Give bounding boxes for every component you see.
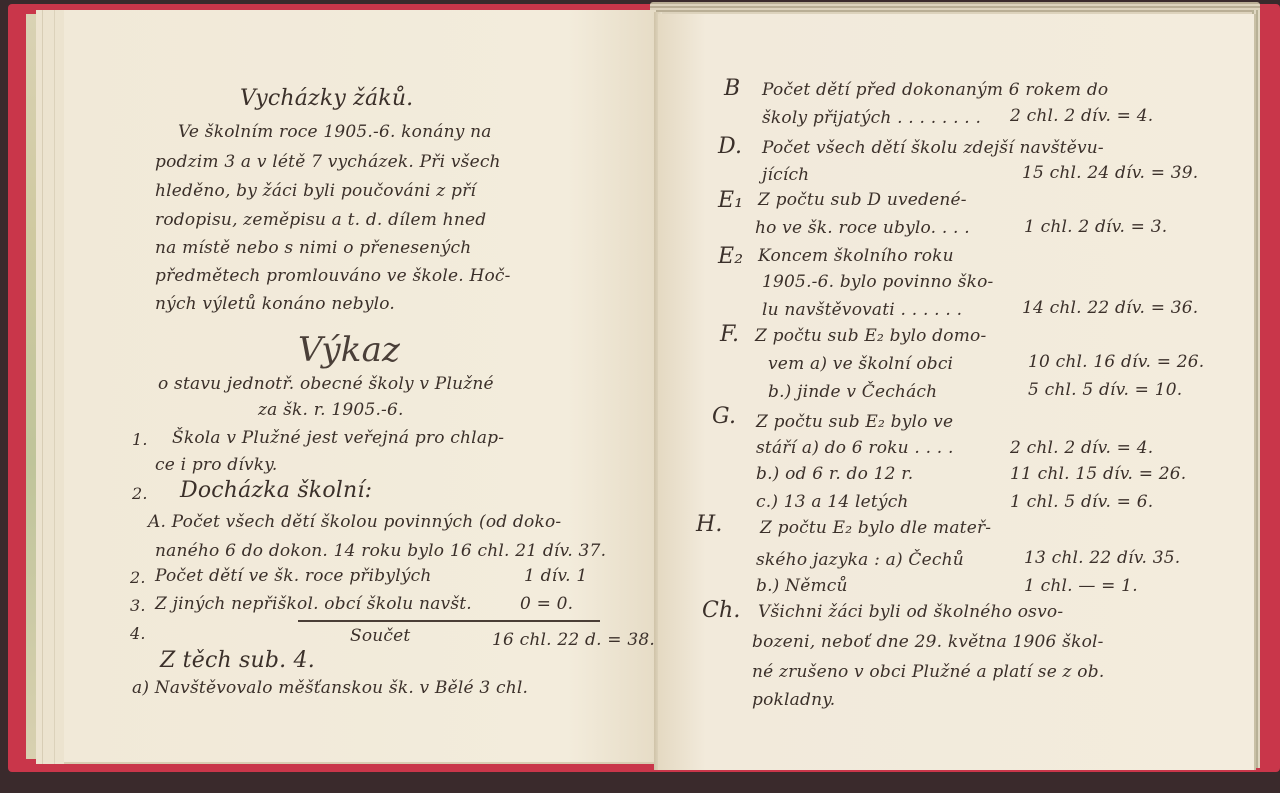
row-text: Z počtu E₂ bylo dle mateř- — [760, 518, 991, 538]
row-value: 2 chl. 2 dív. = 4. — [1010, 106, 1153, 126]
row-value: 2 chl. 2 dív. = 4. — [1010, 438, 1153, 458]
row-label: D. — [718, 134, 742, 159]
item-line: ce i pro dívky. — [155, 455, 277, 475]
sum-label: Součet — [350, 626, 410, 646]
row-text: ho ve šk. roce ubylo. . . . — [755, 218, 970, 238]
row-text: stáří a) do 6 roku . . . . — [756, 438, 954, 458]
row-text: Počet dětí před dokonaným 6 rokem do — [762, 80, 1108, 100]
row-value: 0 = 0. — [520, 594, 573, 614]
paragraph-line: ných výletů konáno nebylo. — [155, 294, 395, 314]
paragraph-line: Ve školním roce 1905.-6. konány na — [178, 122, 492, 142]
row-number: 4. — [130, 624, 146, 643]
paragraph-line: rodopisu, zeměpisu a t. d. dílem hned — [155, 210, 486, 230]
item-line: Škola v Plužné jest veřejná pro chlap- — [172, 428, 504, 448]
paragraph-line: podzim 3 a v létě 7 vycházek. Při všech — [155, 152, 501, 172]
left-page-stack — [36, 10, 67, 764]
row-text: Z počtu sub E₂ bylo ve — [756, 412, 953, 432]
row-label: E₂ — [718, 244, 743, 269]
row-text: b.) jinde v Čechách — [768, 382, 937, 402]
last-line: a) Navštěvovalo měšťanskou šk. v Bělé 3 … — [132, 678, 528, 698]
row-label: E₁ — [718, 188, 743, 213]
sum-rule — [298, 620, 600, 622]
row-value: 1 chl. — = 1. — [1024, 576, 1138, 596]
row-label: G. — [712, 404, 736, 429]
item-number: 1. — [132, 430, 148, 449]
row-number: 3. — [130, 596, 146, 615]
row-label: B — [724, 76, 740, 101]
ch-line: né zrušeno v obci Plužné a platí se z ob… — [752, 662, 1104, 682]
from-these-line: Z těch sub. 4. — [160, 648, 315, 673]
row-text: b.) od 6 r. do 12 r. — [756, 464, 913, 484]
row-value: 1 chl. 5 dív. = 6. — [1010, 492, 1153, 512]
ch-line: bozeni, neboť dne 29. května 1906 škol- — [752, 632, 1104, 652]
row-value: 15 chl. 24 dív. = 39. — [1022, 163, 1198, 183]
row-text: b.) Němců — [756, 576, 848, 596]
report-title: Výkaz — [298, 330, 400, 370]
section-a-line: naného 6 do dokon. 14 roku bylo 16 chl. … — [155, 541, 606, 561]
row-text: Počet dětí ve šk. roce přibylých — [155, 566, 432, 586]
sum-value: 16 chl. 22 d. = 38. — [492, 630, 655, 650]
row-value: 11 chl. 15 dív. = 26. — [1010, 464, 1186, 484]
row-text: Z jiných nepřiškol. obcí školu navšt. — [155, 594, 472, 614]
row-value: 5 chl. 5 dív. = 10. — [1028, 380, 1182, 400]
row-value: 14 chl. 22 dív. = 36. — [1022, 298, 1198, 318]
row-text: 1905.-6. bylo povinno ško- — [762, 272, 994, 292]
row-value: 1 chl. 2 dív. = 3. — [1024, 217, 1167, 237]
row-text: Z počtu sub E₂ bylo domo- — [755, 326, 986, 346]
walks-heading: Vycházky žáků. — [240, 86, 413, 111]
row-text: Koncem školního roku — [758, 246, 954, 266]
row-value: 13 chl. 22 dív. 35. — [1024, 548, 1180, 568]
item-number: 2. — [132, 484, 148, 503]
paragraph-line: hleděno, by žáci byli poučováni z pří — [155, 181, 476, 201]
section-a-line: A. Počet všech dětí školou povinných (od… — [148, 512, 561, 532]
ch-label: Ch. — [702, 598, 741, 623]
row-text: ského jazyka : a) Čechů — [756, 550, 964, 570]
row-text: lu navštěvovati . . . . . . — [762, 300, 962, 320]
row-text: Z počtu sub D uvedené- — [758, 190, 967, 210]
row-text: Počet všech dětí školu zdejší navštěvu- — [762, 138, 1104, 158]
row-value: 1 dív. 1 — [524, 566, 587, 586]
ch-line: Všichni žáci byli od školného osvo- — [758, 602, 1063, 622]
paragraph-line: na místě nebo s nimi o přenesených — [155, 238, 471, 258]
row-label: H. — [696, 512, 723, 537]
row-value: 10 chl. 16 dív. = 26. — [1028, 352, 1204, 372]
paragraph-line: předmětech promlouváno ve škole. Hoč- — [155, 266, 511, 286]
row-number: 2. — [130, 568, 146, 587]
row-text: jících — [762, 165, 809, 185]
report-year: za šk. r. 1905.-6. — [258, 400, 404, 420]
ch-line: pokladny. — [752, 690, 835, 710]
row-text: školy přijatých . . . . . . . . — [762, 108, 981, 128]
row-text: vem a) ve školní obci — [768, 354, 953, 374]
row-label: F. — [720, 322, 739, 347]
row-text: c.) 13 a 14 letých — [756, 492, 909, 512]
report-subtitle: o stavu jednotř. obecné školy v Plužné — [158, 374, 494, 394]
item-line: Docházka školní: — [180, 478, 372, 503]
